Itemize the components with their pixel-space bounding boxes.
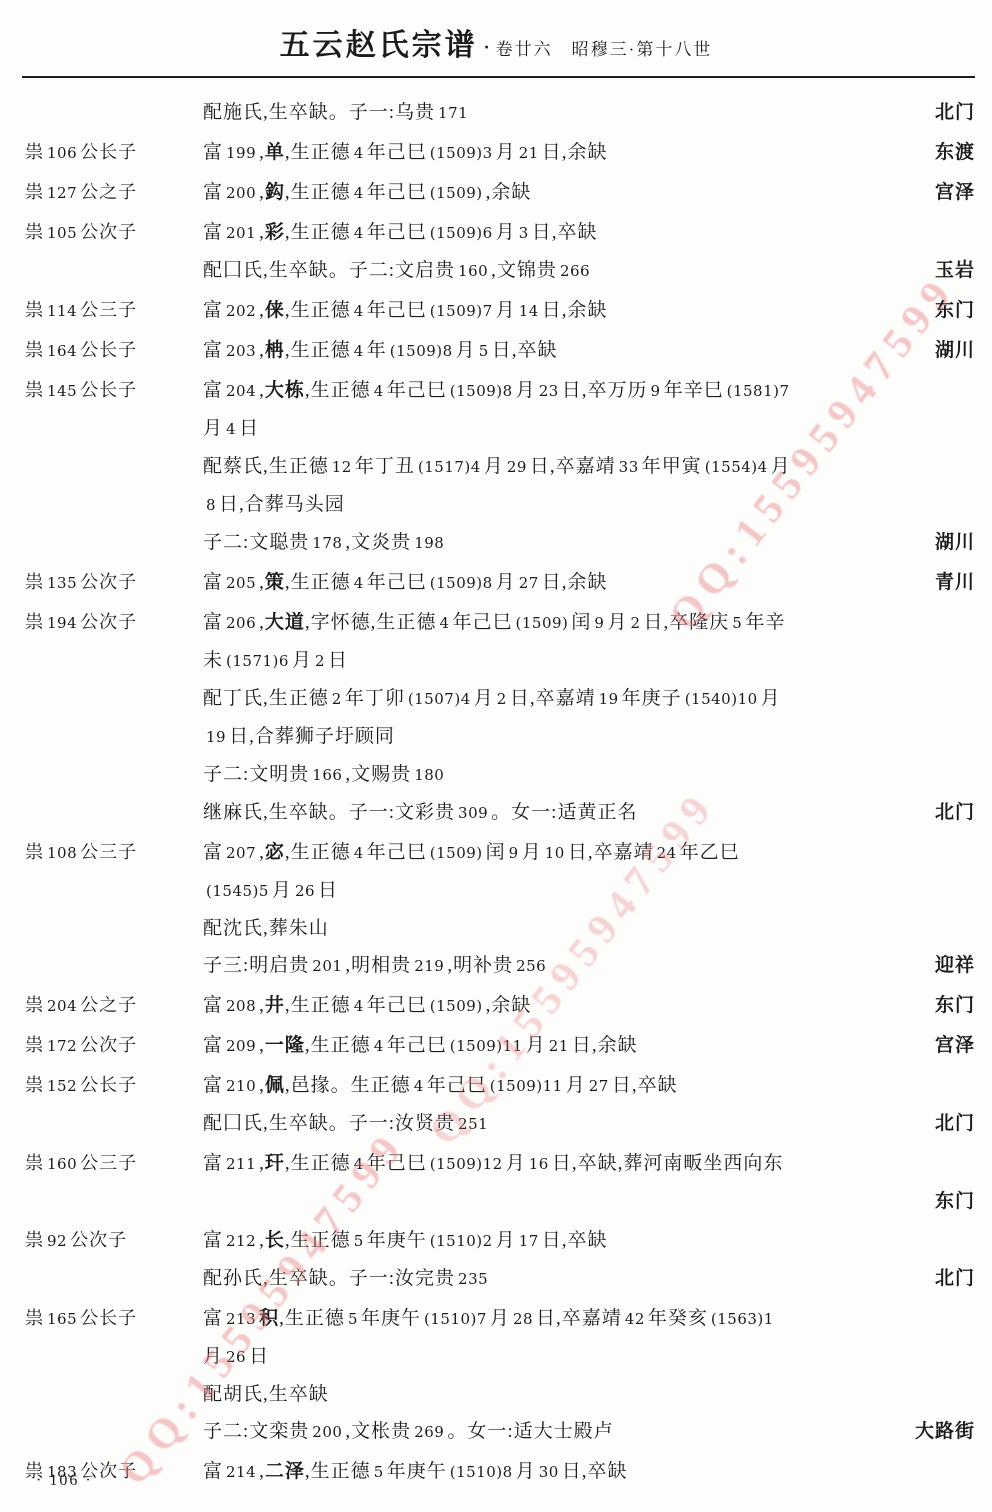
entry-line: 配施氏,生卒缺。子一:乌贵171北门 — [203, 94, 975, 132]
entry-text: 富210,佩,邑掾。生正德4年己巳(1509)11月27日,卒缺 — [203, 1075, 678, 1096]
entry-row: 祟165公长子富213积,生正德5年庚午(1510)7月28日,卒嘉靖42年癸亥… — [25, 1300, 975, 1451]
entries: 配施氏,生卒缺。子一:乌贵171北门祟106公长子富199,单,生正德4年己巳(… — [0, 78, 992, 1491]
entry-row: 祟160公三子富211,玕,生正德4年己巳(1509)12月16日,卒缺,葬河南… — [25, 1145, 975, 1220]
entry-line: 富202,俫,生正德4年己巳(1509)7月14日,余缺东门 — [203, 292, 975, 330]
entry-row: 祟92公次子富212,长,生正德5年庚午(1510)2月17日,卒缺配孙氏,生卒… — [25, 1222, 975, 1298]
entry-text: 配孙氏,生卒缺。子一:汝完贵235 — [203, 1268, 491, 1289]
entry-line: 子三:明启贵201,明相贵219,明补贵256迎祥 — [203, 947, 975, 985]
entry-line: 继麻氏,生卒缺。子一:文彩贵309。女一:适黄正名北门 — [203, 794, 975, 832]
entry-lines: 富208,井,生正德4年己巳(1509),余缺东门 — [203, 987, 975, 1025]
entry-text: 未(1571)6月2日 — [203, 650, 348, 671]
entry-lines: 富206,大道,字怀德,生正德4年己巳(1509)闰9月2日,卒隆庆5年辛未(1… — [203, 604, 975, 832]
entry-text: 富208,井,生正德4年己巳(1509),余缺 — [203, 995, 531, 1016]
entry-row: 祟204公之子富208,井,生正德4年己巳(1509),余缺东门 — [25, 987, 975, 1025]
entry-text: 富206,大道,字怀德,生正德4年己巳(1509)闰9月2日,卒隆庆5年辛 — [203, 612, 785, 633]
entry-lines: 富209,一隆,生正德4年己巳(1509)11月21日,余缺宫泽 — [203, 1027, 975, 1065]
entry-lines: 富212,长,生正德5年庚午(1510)2月17日,卒缺配孙氏,生卒缺。子一:汝… — [203, 1222, 975, 1298]
entry-line: 子二:文明贵166,文赐贵180 — [203, 756, 975, 794]
entry-label: 祟152公长子 — [25, 1067, 203, 1143]
location-tag: 湖川 — [935, 524, 975, 561]
entry-line: 配胡氏,生卒缺 — [203, 1376, 975, 1413]
entry-text: 富212,长,生正德5年庚午(1510)2月17日,卒缺 — [203, 1230, 608, 1251]
entry-lines: 富202,俫,生正德4年己巳(1509)7月14日,余缺东门 — [203, 292, 975, 330]
entry-row: 祟135公次子富205,策,生正德4年己巳(1509)8月27日,余缺青川 — [25, 564, 975, 602]
entry-text: 配囗氏,生卒缺。子一:汝贤贵251 — [203, 1113, 491, 1134]
entry-label: 祟127公之子 — [25, 174, 203, 212]
location-tag: 北门 — [935, 94, 975, 131]
location-tag: 玉岩 — [935, 252, 975, 289]
entry-text: 配蔡氏,生正德12年丁丑(1517)4月29日,卒嘉靖33年甲寅(1554)4月 — [203, 456, 791, 477]
entry-text: 富209,一隆,生正德4年己巳(1509)11月21日,余缺 — [203, 1035, 638, 1056]
entry-text: 富205,策,生正德4年己巳(1509)8月27日,余缺 — [203, 572, 608, 593]
entry-line: 富200,鈎,生正德4年己巳(1509),余缺宫泽 — [203, 174, 975, 212]
entry-row: 祟183公次子富214,二泽,生正德5年庚午(1510)8月30日,卒缺 — [25, 1453, 975, 1491]
entry-label: 祟114公三子 — [25, 292, 203, 330]
location-tag: 东门 — [935, 987, 975, 1024]
entry-line: 富210,佩,邑掾。生正德4年己巳(1509)11月27日,卒缺 — [203, 1067, 975, 1105]
entry-line: 8日,合葬马头园 — [203, 486, 975, 524]
entry-label: 祟164公长子 — [25, 332, 203, 370]
entry-lines: 富201,彩,生正德4年己巳(1509)6月3日,卒缺配囗氏,生卒缺。子二:文启… — [203, 214, 975, 290]
entry-label — [25, 94, 203, 132]
location-tag: 东渡 — [935, 134, 975, 171]
entry-text: (1545)5月26日 — [203, 880, 338, 901]
volume-subtitle: 卷廿六 昭穆三·第十八世 — [496, 40, 713, 59]
entry-line: 月4日 — [203, 410, 975, 448]
entry-line: 富212,长,生正德5年庚午(1510)2月17日,卒缺 — [203, 1222, 975, 1260]
location-tag: 宫泽 — [935, 174, 975, 211]
entry-line: 富214,二泽,生正德5年庚午(1510)8月30日,卒缺 — [203, 1453, 975, 1491]
entry-row: 祟152公长子富210,佩,邑掾。生正德4年己巳(1509)11月27日,卒缺配… — [25, 1067, 975, 1143]
location-tag: 迎祥 — [935, 947, 975, 984]
entry-line: 配沈氏,葬朱山 — [203, 910, 975, 947]
entry-lines: 富203,柟,生正德4年(1509)8月5日,卒缺湖川 — [203, 332, 975, 370]
page-number: · 106 · — [36, 1472, 93, 1490]
entry-text: 富204,大栋,生正德4年己巳(1509)8月23日,卒万历9年辛巳(1581)… — [203, 380, 793, 401]
book-title: 五云赵氏宗谱 — [280, 29, 478, 62]
entry-label: 祟108公三子 — [25, 834, 203, 985]
entry-text: 富207,宓,生正德4年己巳(1509)闰9月10日,卒嘉靖24年乙巳 — [203, 842, 740, 863]
entry-text: 配施氏,生卒缺。子一:乌贵171 — [203, 102, 471, 123]
entry-line: 配丁氏,生正德2年丁卯(1507)4月2日,卒嘉靖19年庚子(1540)10月 — [203, 680, 975, 718]
entry-line: 子二:文聪贵178,文炎贵198湖川 — [203, 524, 975, 562]
entry-text: 配沈氏,葬朱山 — [203, 918, 329, 939]
entry-line: 富211,玕,生正德4年己巳(1509)12月16日,卒缺,葬河南畈坐西向东 — [203, 1145, 975, 1183]
entry-row: 祟114公三子富202,俫,生正德4年己巳(1509)7月14日,余缺东门 — [25, 292, 975, 330]
entry-label: 祟160公三子 — [25, 1145, 203, 1220]
entry-row: 祟194公次子富206,大道,字怀德,生正德4年己巳(1509)闰9月2日,卒隆… — [25, 604, 975, 832]
entry-text: 19日,合葬狮子圩顾同 — [203, 726, 395, 747]
entry-text: 配胡氏,生卒缺 — [203, 1384, 329, 1405]
entry-text: 富199,单,生正德4年己巳(1509)3月21日,余缺 — [203, 142, 608, 163]
entry-row: 祟145公长子富204,大栋,生正德4年己巳(1509)8月23日,卒万历9年辛… — [25, 372, 975, 562]
entry-text: 子二:文栾贵200,文枨贵269。女一:适大士殿卢 — [203, 1421, 614, 1442]
entry-line: 配孙氏,生卒缺。子一:汝完贵235北门 — [203, 1260, 975, 1298]
entry-label: 祟194公次子 — [25, 604, 203, 832]
entry-text: 子二:文聪贵178,文炎贵198 — [203, 532, 447, 553]
entry-line: 富213积,生正德5年庚午(1510)7月28日,卒嘉靖42年癸亥(1563)1 — [203, 1300, 975, 1338]
entry-text: 富203,柟,生正德4年(1509)8月5日,卒缺 — [203, 340, 558, 361]
entry-text: 月4日 — [203, 418, 259, 439]
location-tag: 北门 — [935, 1105, 975, 1142]
entry-line: 富206,大道,字怀德,生正德4年己巳(1509)闰9月2日,卒隆庆5年辛 — [203, 604, 975, 642]
entry-lines: 富214,二泽,生正德5年庚午(1510)8月30日,卒缺 — [203, 1453, 975, 1491]
entry-label: 祟145公长子 — [25, 372, 203, 562]
entry-line: 配囗氏,生卒缺。子二:文启贵160,文锦贵266玉岩 — [203, 252, 975, 290]
entry-text: 富201,彩,生正德4年己巳(1509)6月3日,卒缺 — [203, 222, 598, 243]
title-separator-dot: · — [484, 37, 490, 57]
entry-line: 富199,单,生正德4年己巳(1509)3月21日,余缺东渡 — [203, 134, 975, 172]
entry-lines: 富204,大栋,生正德4年己巳(1509)8月23日,卒万历9年辛巳(1581)… — [203, 372, 975, 562]
entry-line: 月26日 — [203, 1338, 975, 1376]
entry-line: 富208,井,生正德4年己巳(1509),余缺东门 — [203, 987, 975, 1025]
location-tag: 宫泽 — [935, 1027, 975, 1064]
entry-lines: 配施氏,生卒缺。子一:乌贵171北门 — [203, 94, 975, 132]
entry-text: 富211,玕,生正德4年己巳(1509)12月16日,卒缺,葬河南畈坐西向东 — [203, 1153, 783, 1174]
entry-lines: 富205,策,生正德4年己巳(1509)8月27日,余缺青川 — [203, 564, 975, 602]
entry-text: 配丁氏,生正德2年丁卯(1507)4月2日,卒嘉靖19年庚子(1540)10月 — [203, 688, 781, 709]
genealogy-page: 五云赵氏宗谱·卷廿六 昭穆三·第十八世 配施氏,生卒缺。子一:乌贵171北门祟1… — [0, 0, 992, 1512]
entry-text: 8日,合葬马头园 — [203, 494, 345, 515]
location-tag: 北门 — [935, 1260, 975, 1297]
entry-line: 配蔡氏,生正德12年丁丑(1517)4月29日,卒嘉靖33年甲寅(1554)4月 — [203, 448, 975, 486]
entry-line: (1545)5月26日 — [203, 872, 975, 910]
entry-text: 月26日 — [203, 1346, 269, 1367]
entry-line: 子二:文栾贵200,文枨贵269。女一:适大士殿卢大路街 — [203, 1413, 975, 1451]
entry-text: 继麻氏,生卒缺。子一:文彩贵309。女一:适黄正名 — [203, 802, 637, 823]
entry-label: 祟135公次子 — [25, 564, 203, 602]
entry-line: 富207,宓,生正德4年己巳(1509)闰9月10日,卒嘉靖24年乙巳 — [203, 834, 975, 872]
entry-line: 19日,合葬狮子圩顾同 — [203, 718, 975, 756]
entry-lines: 富200,鈎,生正德4年己巳(1509),余缺宫泽 — [203, 174, 975, 212]
entry-row: 祟108公三子富207,宓,生正德4年己巳(1509)闰9月10日,卒嘉靖24年… — [25, 834, 975, 985]
page-header: 五云赵氏宗谱·卷廿六 昭穆三·第十八世 — [0, 0, 992, 64]
entry-row: 祟164公长子富203,柟,生正德4年(1509)8月5日,卒缺湖川 — [25, 332, 975, 370]
entry-lines: 富211,玕,生正德4年己巳(1509)12月16日,卒缺,葬河南畈坐西向东东门 — [203, 1145, 975, 1220]
entry-line: 富201,彩,生正德4年己巳(1509)6月3日,卒缺 — [203, 214, 975, 252]
entry-line: 富204,大栋,生正德4年己巳(1509)8月23日,卒万历9年辛巳(1581)… — [203, 372, 975, 410]
entry-row: 祟105公次子富201,彩,生正德4年己巳(1509)6月3日,卒缺配囗氏,生卒… — [25, 214, 975, 290]
entry-label: 祟172公次子 — [25, 1027, 203, 1065]
entry-label: 祟92公次子 — [25, 1222, 203, 1298]
entry-row: 配施氏,生卒缺。子一:乌贵171北门 — [25, 94, 975, 132]
entry-line: 未(1571)6月2日 — [203, 642, 975, 680]
entry-row: 祟172公次子富209,一隆,生正德4年己巳(1509)11月21日,余缺宫泽 — [25, 1027, 975, 1065]
entry-lines: 富207,宓,生正德4年己巳(1509)闰9月10日,卒嘉靖24年乙巳(1545… — [203, 834, 975, 985]
entry-line: 东门 — [203, 1183, 975, 1220]
entry-row: 祟106公长子富199,单,生正德4年己巳(1509)3月21日,余缺东渡 — [25, 134, 975, 172]
entry-line: 富203,柟,生正德4年(1509)8月5日,卒缺湖川 — [203, 332, 975, 370]
entry-label: 祟105公次子 — [25, 214, 203, 290]
entry-row: 祟127公之子富200,鈎,生正德4年己巳(1509),余缺宫泽 — [25, 174, 975, 212]
entry-text: 子二:文明贵166,文赐贵180 — [203, 764, 447, 785]
location-tag: 青川 — [935, 564, 975, 601]
entry-text: 富213积,生正德5年庚午(1510)7月28日,卒嘉靖42年癸亥(1563)1 — [203, 1308, 777, 1329]
entry-line: 配囗氏,生卒缺。子一:汝贤贵251北门 — [203, 1105, 975, 1143]
location-tag: 大路街 — [915, 1413, 975, 1450]
entry-label: 祟165公长子 — [25, 1300, 203, 1451]
entry-lines: 富213积,生正德5年庚午(1510)7月28日,卒嘉靖42年癸亥(1563)1… — [203, 1300, 975, 1451]
location-tag: 东门 — [935, 1183, 975, 1220]
location-tag: 东门 — [935, 292, 975, 329]
entry-text: 配囗氏,生卒缺。子二:文启贵160,文锦贵266 — [203, 260, 593, 281]
entry-text: 富202,俫,生正德4年己巳(1509)7月14日,余缺 — [203, 300, 608, 321]
location-tag: 北门 — [935, 794, 975, 831]
entry-label: 祟204公之子 — [25, 987, 203, 1025]
entry-line: 富205,策,生正德4年己巳(1509)8月27日,余缺青川 — [203, 564, 975, 602]
entry-text: 富214,二泽,生正德5年庚午(1510)8月30日,卒缺 — [203, 1461, 628, 1482]
entry-text: 富200,鈎,生正德4年己巳(1509),余缺 — [203, 182, 531, 203]
location-tag: 湖川 — [935, 332, 975, 369]
entry-lines: 富199,单,生正德4年己巳(1509)3月21日,余缺东渡 — [203, 134, 975, 172]
entry-line: 富209,一隆,生正德4年己巳(1509)11月21日,余缺宫泽 — [203, 1027, 975, 1065]
entry-text: 子三:明启贵201,明相贵219,明补贵256 — [203, 955, 549, 976]
entry-lines: 富210,佩,邑掾。生正德4年己巳(1509)11月27日,卒缺配囗氏,生卒缺。… — [203, 1067, 975, 1143]
entry-label: 祟106公长子 — [25, 134, 203, 172]
